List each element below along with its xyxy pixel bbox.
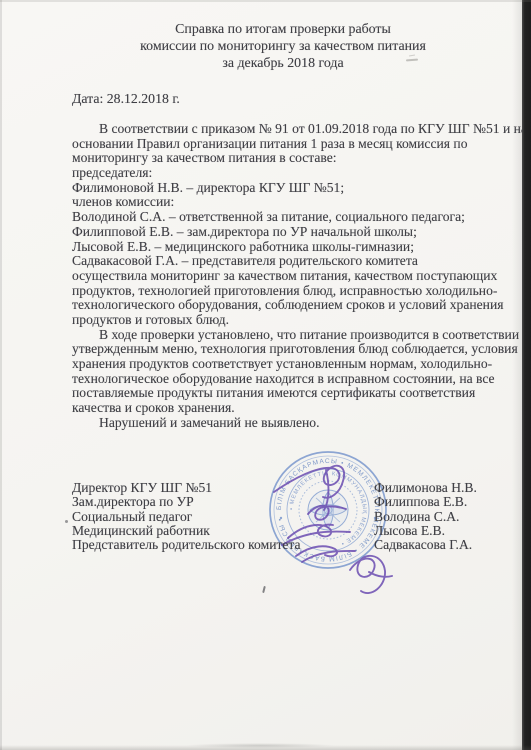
body-line: Володиной С.А. – ответственной за питани… xyxy=(72,210,508,225)
signature-name: Володина С.А. xyxy=(374,510,477,524)
body-line: продуктов и готовых блюд. xyxy=(72,313,508,328)
signature-name: Лысова Е.В. xyxy=(374,524,477,538)
scan-edge-shadow xyxy=(512,0,522,750)
title-line: Справка по итогам проверки работы xyxy=(62,21,504,38)
signature-role: Медицинский работник xyxy=(72,524,301,538)
body-line: основании Правил организации питания 1 р… xyxy=(72,137,508,152)
signature-name: Филимонова Н.В. xyxy=(374,481,477,495)
body-line: мониторингу за качеством питания в соста… xyxy=(72,151,508,166)
body-line: членов комиссии: xyxy=(72,195,508,210)
body-line: осуществила мониторинг за качеством пита… xyxy=(72,269,508,284)
body-line: поставляемые продукты питания имеются се… xyxy=(72,386,508,401)
scan-artifact-dot xyxy=(65,520,68,523)
body-line: продуктов, технологией приготовления блю… xyxy=(72,284,508,299)
title-line: комиссии по мониторингу за качеством пит… xyxy=(62,38,504,55)
scan-edge-left xyxy=(0,0,2,750)
body-line: В соответствии с приказом № 91 от 01.09.… xyxy=(72,122,508,137)
scan-smudge xyxy=(185,743,335,748)
signature-stroke xyxy=(350,556,385,593)
body-line: качества и сроков хранения. xyxy=(72,401,508,416)
body-line: Нарушений и замечаний не выявлено. xyxy=(72,416,508,431)
signature-name: Филиппова Е.В. xyxy=(374,495,477,509)
scan-edge-right xyxy=(522,0,531,750)
body-line: Филимоновой Н.В. – директора КГУ ШГ №51; xyxy=(72,181,508,196)
signature-names: Филимонова Н.В. Филиппова Е.В. Володина … xyxy=(374,481,477,552)
signature-role: Директор КГУ ШГ №51 xyxy=(72,481,301,495)
signature-role: Зам.директора по УР xyxy=(72,495,301,509)
document-title: Справка по итогам проверки работы комисс… xyxy=(62,21,504,73)
body-line: Садвакасовой Г.А. – представителя родите… xyxy=(72,254,508,269)
body-line: Филипповой Е.В. – зам.директора по УР на… xyxy=(72,225,508,240)
document-body: В соответствии с приказом № 91 от 01.09.… xyxy=(72,122,508,430)
body-line: Лысовой Е.В. – медицинского работника шк… xyxy=(72,240,508,255)
signature-stroke xyxy=(308,506,346,520)
signature-role: Социальный педагог xyxy=(72,510,301,524)
scan-edge-top xyxy=(0,0,531,2)
scanned-document-page: Справка по итогам проверки работы комисс… xyxy=(0,0,531,750)
body-line: технологическое оборудование находится в… xyxy=(72,372,508,387)
body-line: председателя: xyxy=(72,166,508,181)
body-line: утвержденным меню, технология приготовле… xyxy=(72,342,508,357)
body-line: технологического оборудования, соблюдени… xyxy=(72,298,508,313)
signature-name: Садвакасова Г.А. xyxy=(374,538,477,552)
signature-roles: Директор КГУ ШГ №51 Зам.директора по УР … xyxy=(72,481,301,552)
date-line: Дата: 28.12.2018 г. xyxy=(72,91,180,107)
signature-role: Представитель родительского комитета xyxy=(72,538,301,552)
title-line: за декабрь 2018 года xyxy=(62,55,504,72)
body-line: В ходе проверки установлено, что питание… xyxy=(72,328,508,343)
body-line: хранения продуктов соответствует установ… xyxy=(72,357,508,372)
